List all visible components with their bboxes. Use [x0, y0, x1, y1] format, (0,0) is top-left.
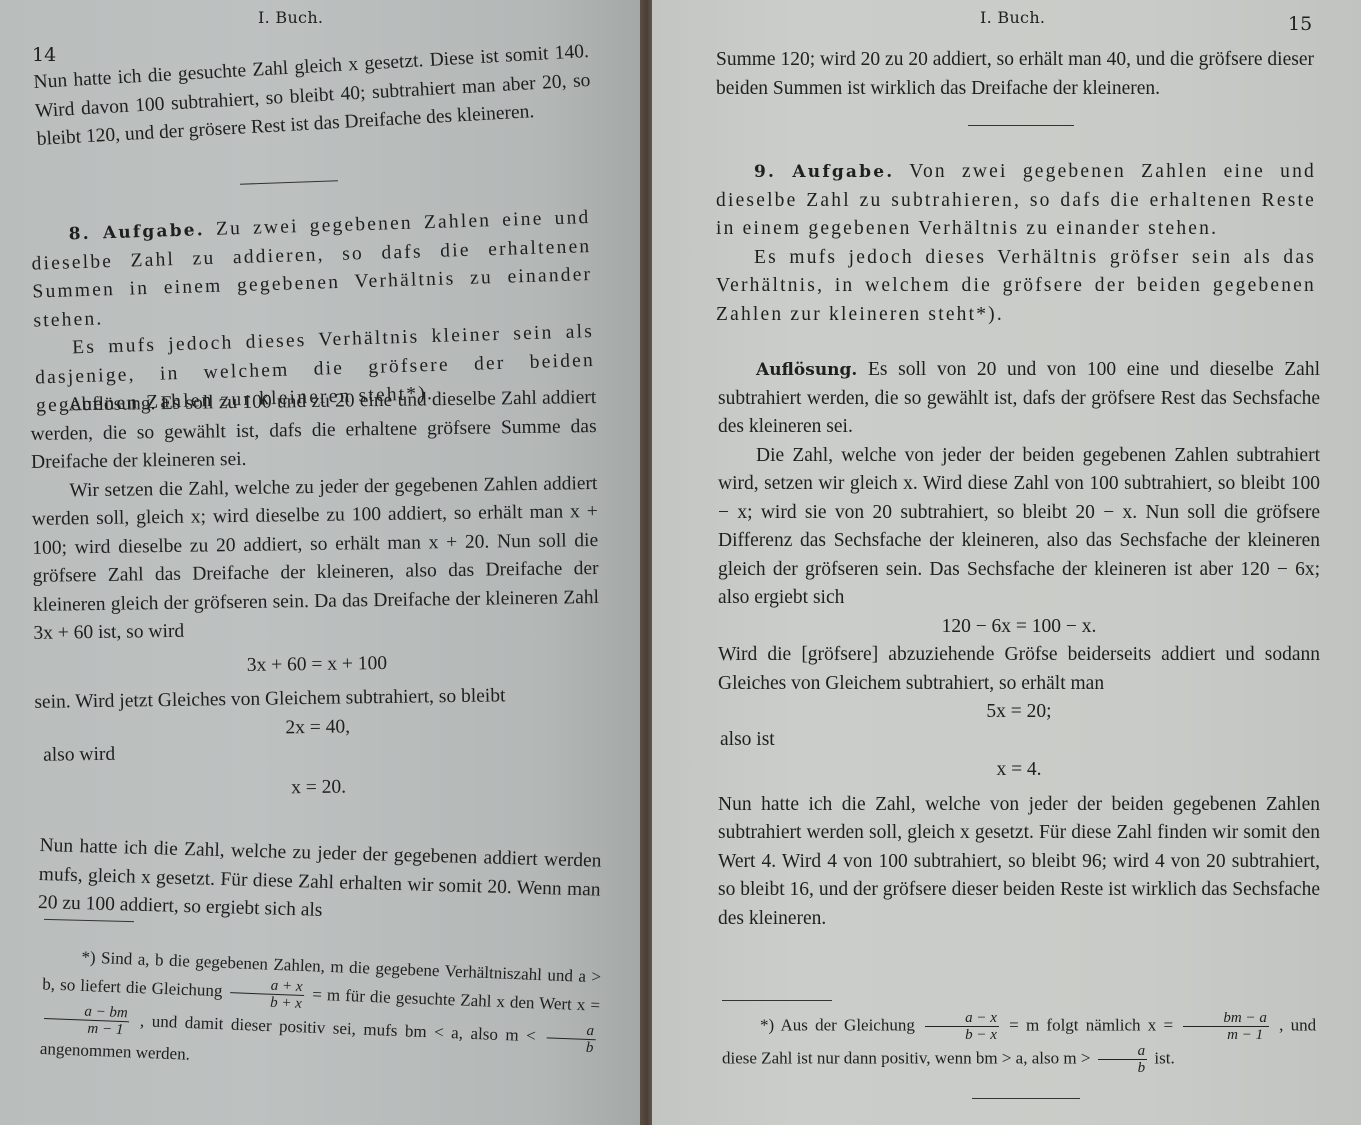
section-divider [968, 125, 1074, 126]
end-divider [972, 1098, 1080, 1099]
fraction: a + xb + x [230, 976, 305, 1012]
solution-label: Auflösung. [756, 360, 857, 380]
running-head-right: I. Buch. [980, 8, 1045, 27]
equation-3: x = 4. [718, 756, 1320, 785]
footnote-divider [722, 1000, 832, 1001]
equation-1: 3x + 60 = x + 100 [34, 646, 600, 682]
footnote-text: angenommen werden. [40, 1039, 191, 1064]
footnote-right: *) Aus der Gleichung a − xb − x = m folg… [722, 1010, 1316, 1076]
conclusion-paragraph: Nun hatte ich die Zahl, welche von jeder… [718, 791, 1320, 934]
footnote-text: = m für die gesuchte Zahl x den Wert x = [312, 985, 600, 1015]
running-head-left: I. Buch. [258, 8, 323, 27]
footnote-text: = m folgt nämlich x = [1009, 1015, 1173, 1034]
left-carryover: Nun hatte ich die gesuchte Zahl gleich x… [33, 38, 593, 154]
solution-paragraph: Die Zahl, welche von jeder der beiden ge… [718, 442, 1320, 613]
footnote-text: *) Aus der Gleichung [760, 1015, 915, 1034]
also-wird: also wird [43, 740, 115, 770]
fraction: a − bmm − 1 [43, 1002, 130, 1038]
fraction: ab [546, 1021, 597, 1056]
page-number-left: 14 [32, 44, 56, 66]
solution-label: Auflösung. [68, 393, 156, 415]
problem-9: 9. Aufgabe. Von zwei gegebenen Zahlen ei… [716, 158, 1316, 329]
fraction: bm − am − 1 [1183, 1010, 1268, 1043]
footnote-text: , und damit dieser positiv sei, mufs bm … [140, 1011, 536, 1045]
solution-9: Auflösung. Es soll von 20 und von 100 ei… [718, 356, 1320, 933]
problem-condition: Es mufs jedoch dieses Verhältnis gröfser… [716, 244, 1316, 330]
right-page: I. Buch. 15 Summe 120; wird 20 zu 20 add… [652, 0, 1361, 1125]
carryover-paragraph: Nun hatte ich die gesuchte Zahl gleich x… [33, 38, 593, 154]
equation-2: 5x = 20; [718, 698, 1320, 727]
fraction: ab [1098, 1043, 1148, 1076]
conclusion-paragraph: Nun hatte ich die Zahl, welche zu jeder … [38, 832, 602, 933]
footnote-text: ist. [1154, 1048, 1174, 1067]
solution-conclusion: Nun hatte ich die Zahl, welche zu jeder … [38, 832, 602, 933]
right-carryover: Summe 120; wird 20 zu 20 addiert, so erh… [716, 46, 1314, 103]
carryover-paragraph: Summe 120; wird 20 zu 20 addiert, so erh… [716, 46, 1314, 103]
page-number-right: 15 [1288, 13, 1312, 35]
footnote-left: *) Sind a, b die gegebenen Zahlen, m die… [39, 942, 601, 1083]
solution-8: Auflösung. Es soll zu 100 und zu 20 eine… [30, 384, 602, 812]
section-divider [240, 180, 338, 184]
solution-after-eq: Wird die [gröfsere] abzuziehende Gröfse … [718, 641, 1320, 698]
equation-1: 120 − 6x = 100 − x. [718, 613, 1320, 642]
fraction: a − xb − x [925, 1010, 999, 1043]
also-ist: also ist [720, 726, 775, 755]
left-page: I. Buch. 14 Nun hatte ich die gesuchte Z… [0, 0, 640, 1125]
solution-paragraph: Wir setzen die Zahl, welche zu jeder der… [31, 469, 599, 648]
problem-label: 9. Aufgabe. [754, 162, 894, 182]
problem-label: 8. Aufgabe. [68, 220, 205, 244]
